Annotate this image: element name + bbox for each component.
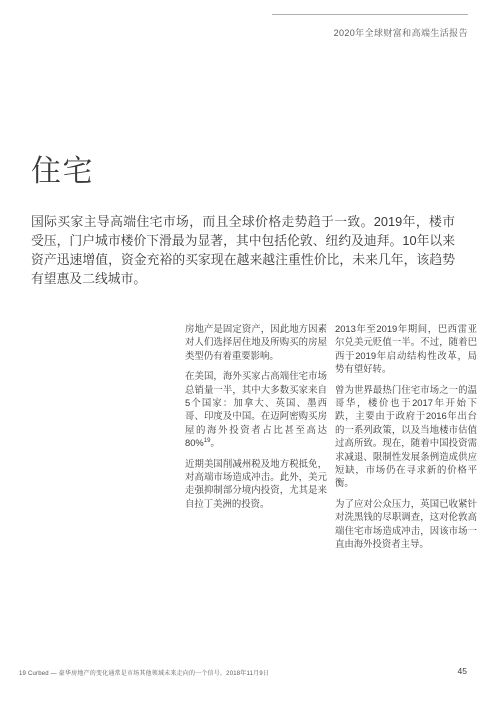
- body-paragraph: 为了应对公众压力，英国已收紧针对洗黑钱的尽职调查，这对伦敦高端住宅市场造成冲击，…: [335, 497, 477, 551]
- header-rule: [272, 14, 468, 15]
- intro-paragraph: 国际买家主导高端住宅市场，而且全球价格走势趋于一致。2019年，楼市受压，门户城…: [31, 212, 455, 288]
- paragraph-text: 房地产是固定资产，因此地方因素对人们选择居住地及所购买的房屋类型仍有着重要影响。: [185, 323, 327, 361]
- page-number: 45: [458, 666, 467, 676]
- paragraph-text: 曾为世界最热门住宅市场之一的温哥华，楼价也于2017年开始下跌，主要由于政府于2…: [335, 384, 477, 489]
- paragraph-text: 在美国，海外买家占高端住宅市场总销量一半，其中大多数买家来自5个国家：加拿大、英…: [185, 370, 327, 448]
- body-column-left: 房地产是固定资产，因此地方因素对人们选择居住地及所购买的房屋类型仍有着重要影响。…: [185, 322, 327, 517]
- paragraph-text: 。: [210, 437, 219, 448]
- body-column-right: 2013年至2019年期间，巴西雷亚尔兑美元贬值一半。不过，随着巴西于2019年…: [335, 322, 477, 558]
- paragraph-text: 2013年至2019年期间，巴西雷亚尔兑美元贬值一半。不过，随着巴西于2019年…: [335, 323, 477, 374]
- footnote: 19 Curbed — 豪华房地产的变化通常是市场其他领域未来走向的一个信号，2…: [19, 668, 269, 677]
- report-title: 2020年全球财富和高端生活报告: [334, 26, 468, 39]
- paragraph-text: 为了应对公众压力，英国已收紧针对洗黑钱的尽职调查，这对伦敦高端住宅市场造成冲击，…: [335, 498, 477, 549]
- report-page: 2020年全球财富和高端生活报告 住宅 国际买家主导高端住宅市场，而且全球价格走…: [0, 0, 500, 707]
- body-paragraph: 曾为世界最热门住宅市场之一的温哥华，楼价也于2017年开始下跌，主要由于政府于2…: [335, 383, 477, 490]
- body-paragraph: 房地产是固定资产，因此地方因素对人们选择居住地及所购买的房屋类型仍有着重要影响。: [185, 322, 327, 362]
- body-paragraph: 2013年至2019年期间，巴西雷亚尔兑美元贬值一半。不过，随着巴西于2019年…: [335, 322, 477, 376]
- paragraph-text: 近期美国削减州税及地方税抵免，对高端市场造成冲击。此外，美元走强抑制部分境内投资…: [185, 458, 327, 509]
- body-paragraph: 在美国，海外买家占高端住宅市场总销量一半，其中大多数买家来自5个国家：加拿大、英…: [185, 369, 327, 449]
- body-paragraph: 近期美国削减州税及地方税抵免，对高端市场造成冲击。此外，美元走强抑制部分境内投资…: [185, 457, 327, 511]
- section-title: 住宅: [31, 146, 94, 190]
